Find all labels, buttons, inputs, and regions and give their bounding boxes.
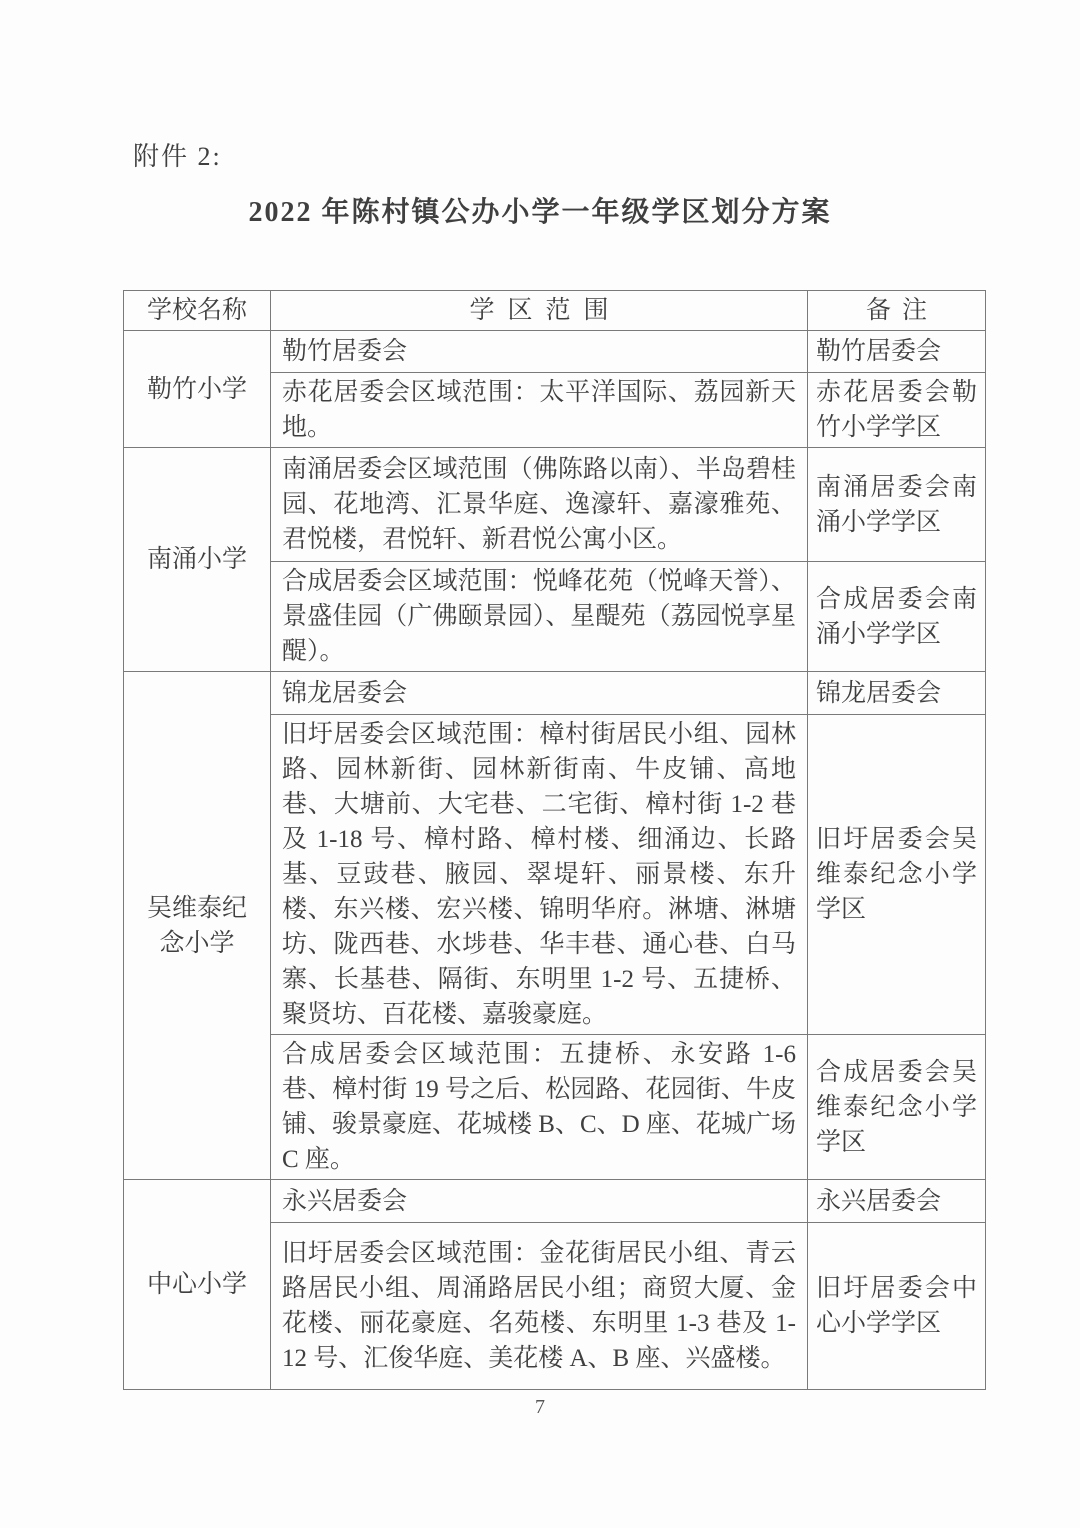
- district-range-cell: 旧圩居委会区域范围：金花街居民小组、青云路居民小组、周涌路居民小组；商贸大厦、金…: [271, 1223, 808, 1390]
- school-name-cell: 勒竹小学: [124, 331, 271, 448]
- district-table: 学校名称 学区范围 备注 勒竹小学 勒竹居委会 勒竹居委会 赤花居委会区域范围：…: [123, 290, 986, 1390]
- table-row: 勒竹小学 勒竹居委会 勒竹居委会: [124, 331, 986, 373]
- district-range-cell: 旧圩居委会区域范围：樟村街居民小组、园林路、园林新街、园林新街南、牛皮铺、高地巷…: [271, 715, 808, 1035]
- district-range-cell: 南涌居委会区域范围（佛陈路以南）、半岛碧桂园、花地湾、汇景华庭、逸濠轩、嘉濠雅苑…: [271, 448, 808, 562]
- district-range-cell: 永兴居委会: [271, 1180, 808, 1223]
- district-range-cell: 锦龙居委会: [271, 672, 808, 715]
- district-range-cell: 赤花居委会区域范围：太平洋国际、荔园新天地。: [271, 373, 808, 448]
- table-header-row: 学校名称 学区范围 备注: [124, 291, 986, 331]
- col-header-school: 学校名称: [124, 291, 271, 331]
- remark-cell: 合成居委会南涌小学学区: [808, 562, 986, 672]
- remark-cell: 锦龙居委会: [808, 672, 986, 715]
- page-title: 2022 年陈村镇公办小学一年级学区划分方案: [0, 190, 1080, 230]
- district-range-cell: 合成居委会区域范围：悦峰花苑（悦峰天誉）、景盛佳园（广佛颐景园）、星醍苑（荔园悦…: [271, 562, 808, 672]
- remark-cell: 赤花居委会勒竹小学学区: [808, 373, 986, 448]
- page-number: 7: [0, 1396, 1080, 1419]
- col-header-range: 学区范围: [271, 291, 808, 331]
- table-row: 吴维泰纪念小学 锦龙居委会 锦龙居委会: [124, 672, 986, 715]
- district-range-cell: 合成居委会区域范围：五捷桥、永安路 1-6 巷、樟村街 19 号之后、松园路、花…: [271, 1035, 808, 1180]
- remark-cell: 永兴居委会: [808, 1180, 986, 1223]
- remark-cell: 勒竹居委会: [808, 331, 986, 373]
- school-name-cell: 吴维泰纪念小学: [124, 672, 271, 1180]
- table-row: 中心小学 永兴居委会 永兴居委会: [124, 1180, 986, 1223]
- remark-cell: 南涌居委会南涌小学学区: [808, 448, 986, 562]
- remark-cell: 旧圩居委会中心小学学区: [808, 1223, 986, 1390]
- remark-cell: 合成居委会吴维泰纪念小学学区: [808, 1035, 986, 1180]
- col-header-note: 备注: [808, 291, 986, 331]
- table-row: 南涌小学 南涌居委会区域范围（佛陈路以南）、半岛碧桂园、花地湾、汇景华庭、逸濠轩…: [124, 448, 986, 562]
- attachment-label: 附件 2:: [133, 136, 222, 173]
- school-name-cell: 中心小学: [124, 1180, 271, 1390]
- document-page: 附件 2: 2022 年陈村镇公办小学一年级学区划分方案 学校名称 学区范围 备…: [0, 0, 1080, 1528]
- district-range-cell: 勒竹居委会: [271, 331, 808, 373]
- remark-cell: 旧圩居委会吴维泰纪念小学学区: [808, 715, 986, 1035]
- school-name-cell: 南涌小学: [124, 448, 271, 672]
